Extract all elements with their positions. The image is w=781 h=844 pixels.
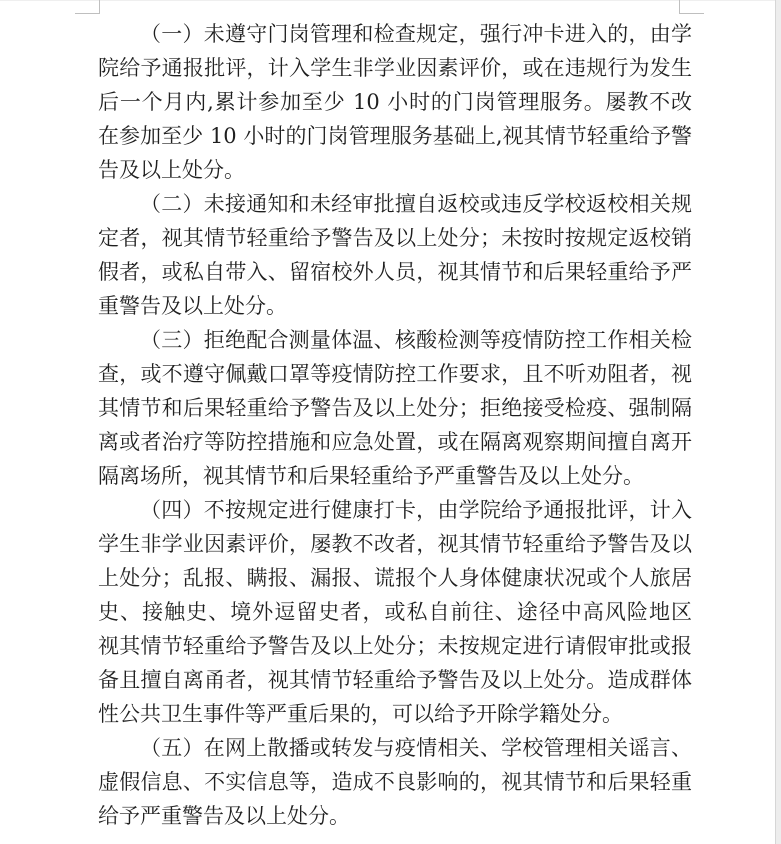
paragraph-3: （三）拒绝配合测量体温、核酸检测等疫情防控工作相关检 查，或不遵守佩戴口罩等疫情… <box>98 323 692 493</box>
text-line: 离或者治疗等防控措施和应急处置，或在隔离观察期间擅自离开 <box>98 425 692 459</box>
text-line: 给予严重警告及以上处分。 <box>98 799 692 833</box>
text-line: 查，或不遵守佩戴口罩等疫情防控工作要求，且不听劝阻者，视 <box>98 357 692 391</box>
paragraph-2: （二）未接通知和未经审批擅自返校或违反学校返校相关规 定者，视其情节轻重给予警告… <box>98 187 692 323</box>
text-line: 院给予通报批评，计入学生非学业因素评价，或在违规行为发生 <box>98 51 692 85</box>
text-line: 上处分；乱报、瞒报、漏报、谎报个人身体健康状况或个人旅居 <box>98 561 692 595</box>
text-line: 后一个月内,累计参加至少 10 小时的门岗管理服务。屡教不改者， <box>98 85 692 119</box>
text-line: （二）未接通知和未经审批擅自返校或违反学校返校相关规 <box>98 187 692 221</box>
paragraph-4: （四）不按规定进行健康打卡，由学院给予通报批评，计入 学生非学业因素评价，屡教不… <box>98 493 692 731</box>
crop-mark-top-right <box>679 0 704 14</box>
page-right-edge <box>775 0 781 844</box>
paragraph-1: （一）未遵守门岗管理和检查规定，强行冲卡进入的，由学 院给予通报批评，计入学生非… <box>98 17 692 187</box>
text-line: （三）拒绝配合测量体温、核酸检测等疫情防控工作相关检 <box>98 323 692 357</box>
window-top-edge <box>0 0 781 1</box>
text-line: 告及以上处分。 <box>98 153 692 187</box>
text-line: 重警告及以上处分。 <box>98 289 692 323</box>
text-line: 隔离场所，视其情节和后果轻重给予严重警告及以上处分。 <box>98 459 692 493</box>
text-line: 备且擅自离甬者，视其情节轻重给予警告及以上处分。造成群体 <box>98 663 692 697</box>
text-line: （一）未遵守门岗管理和检查规定，强行冲卡进入的，由学 <box>98 17 692 51</box>
text-line: 其情节和后果轻重给予警告及以上处分；拒绝接受检疫、强制隔 <box>98 391 692 425</box>
text-line: 学生非学业因素评价，屡教不改者，视其情节轻重给予警告及以 <box>98 527 692 561</box>
text-line: （四）不按规定进行健康打卡，由学院给予通报批评，计入 <box>98 493 692 527</box>
text-line: （五）在网上散播或转发与疫情相关、学校管理相关谣言、 <box>98 731 692 765</box>
text-line: 视其情节轻重给予警告及以上处分；未按规定进行请假审批或报 <box>98 629 692 663</box>
text-line: 史、接触史、境外逗留史者，或私自前往、途径中高风险地区者， <box>98 595 692 629</box>
text-line: 虚假信息、不实信息等，造成不良影响的，视其情节和后果轻重 <box>98 765 692 799</box>
paragraph-5: （五）在网上散播或转发与疫情相关、学校管理相关谣言、 虚假信息、不实信息等，造成… <box>98 731 692 833</box>
text-line: 假者，或私自带入、留宿校外人员，视其情节和后果轻重给予严 <box>98 255 692 289</box>
text-line: 性公共卫生事件等严重后果的，可以给予开除学籍处分。 <box>98 697 692 731</box>
document-page: （一）未遵守门岗管理和检查规定，强行冲卡进入的，由学 院给予通报批评，计入学生非… <box>0 0 781 844</box>
crop-mark-top-left <box>75 0 100 14</box>
text-line: 定者，视其情节轻重给予警告及以上处分；未按时按规定返校销 <box>98 221 692 255</box>
document-text-area[interactable]: （一）未遵守门岗管理和检查规定，强行冲卡进入的，由学 院给予通报批评，计入学生非… <box>98 17 692 833</box>
text-line: 在参加至少 10 小时的门岗管理服务基础上,视其情节轻重给予警 <box>98 119 692 153</box>
